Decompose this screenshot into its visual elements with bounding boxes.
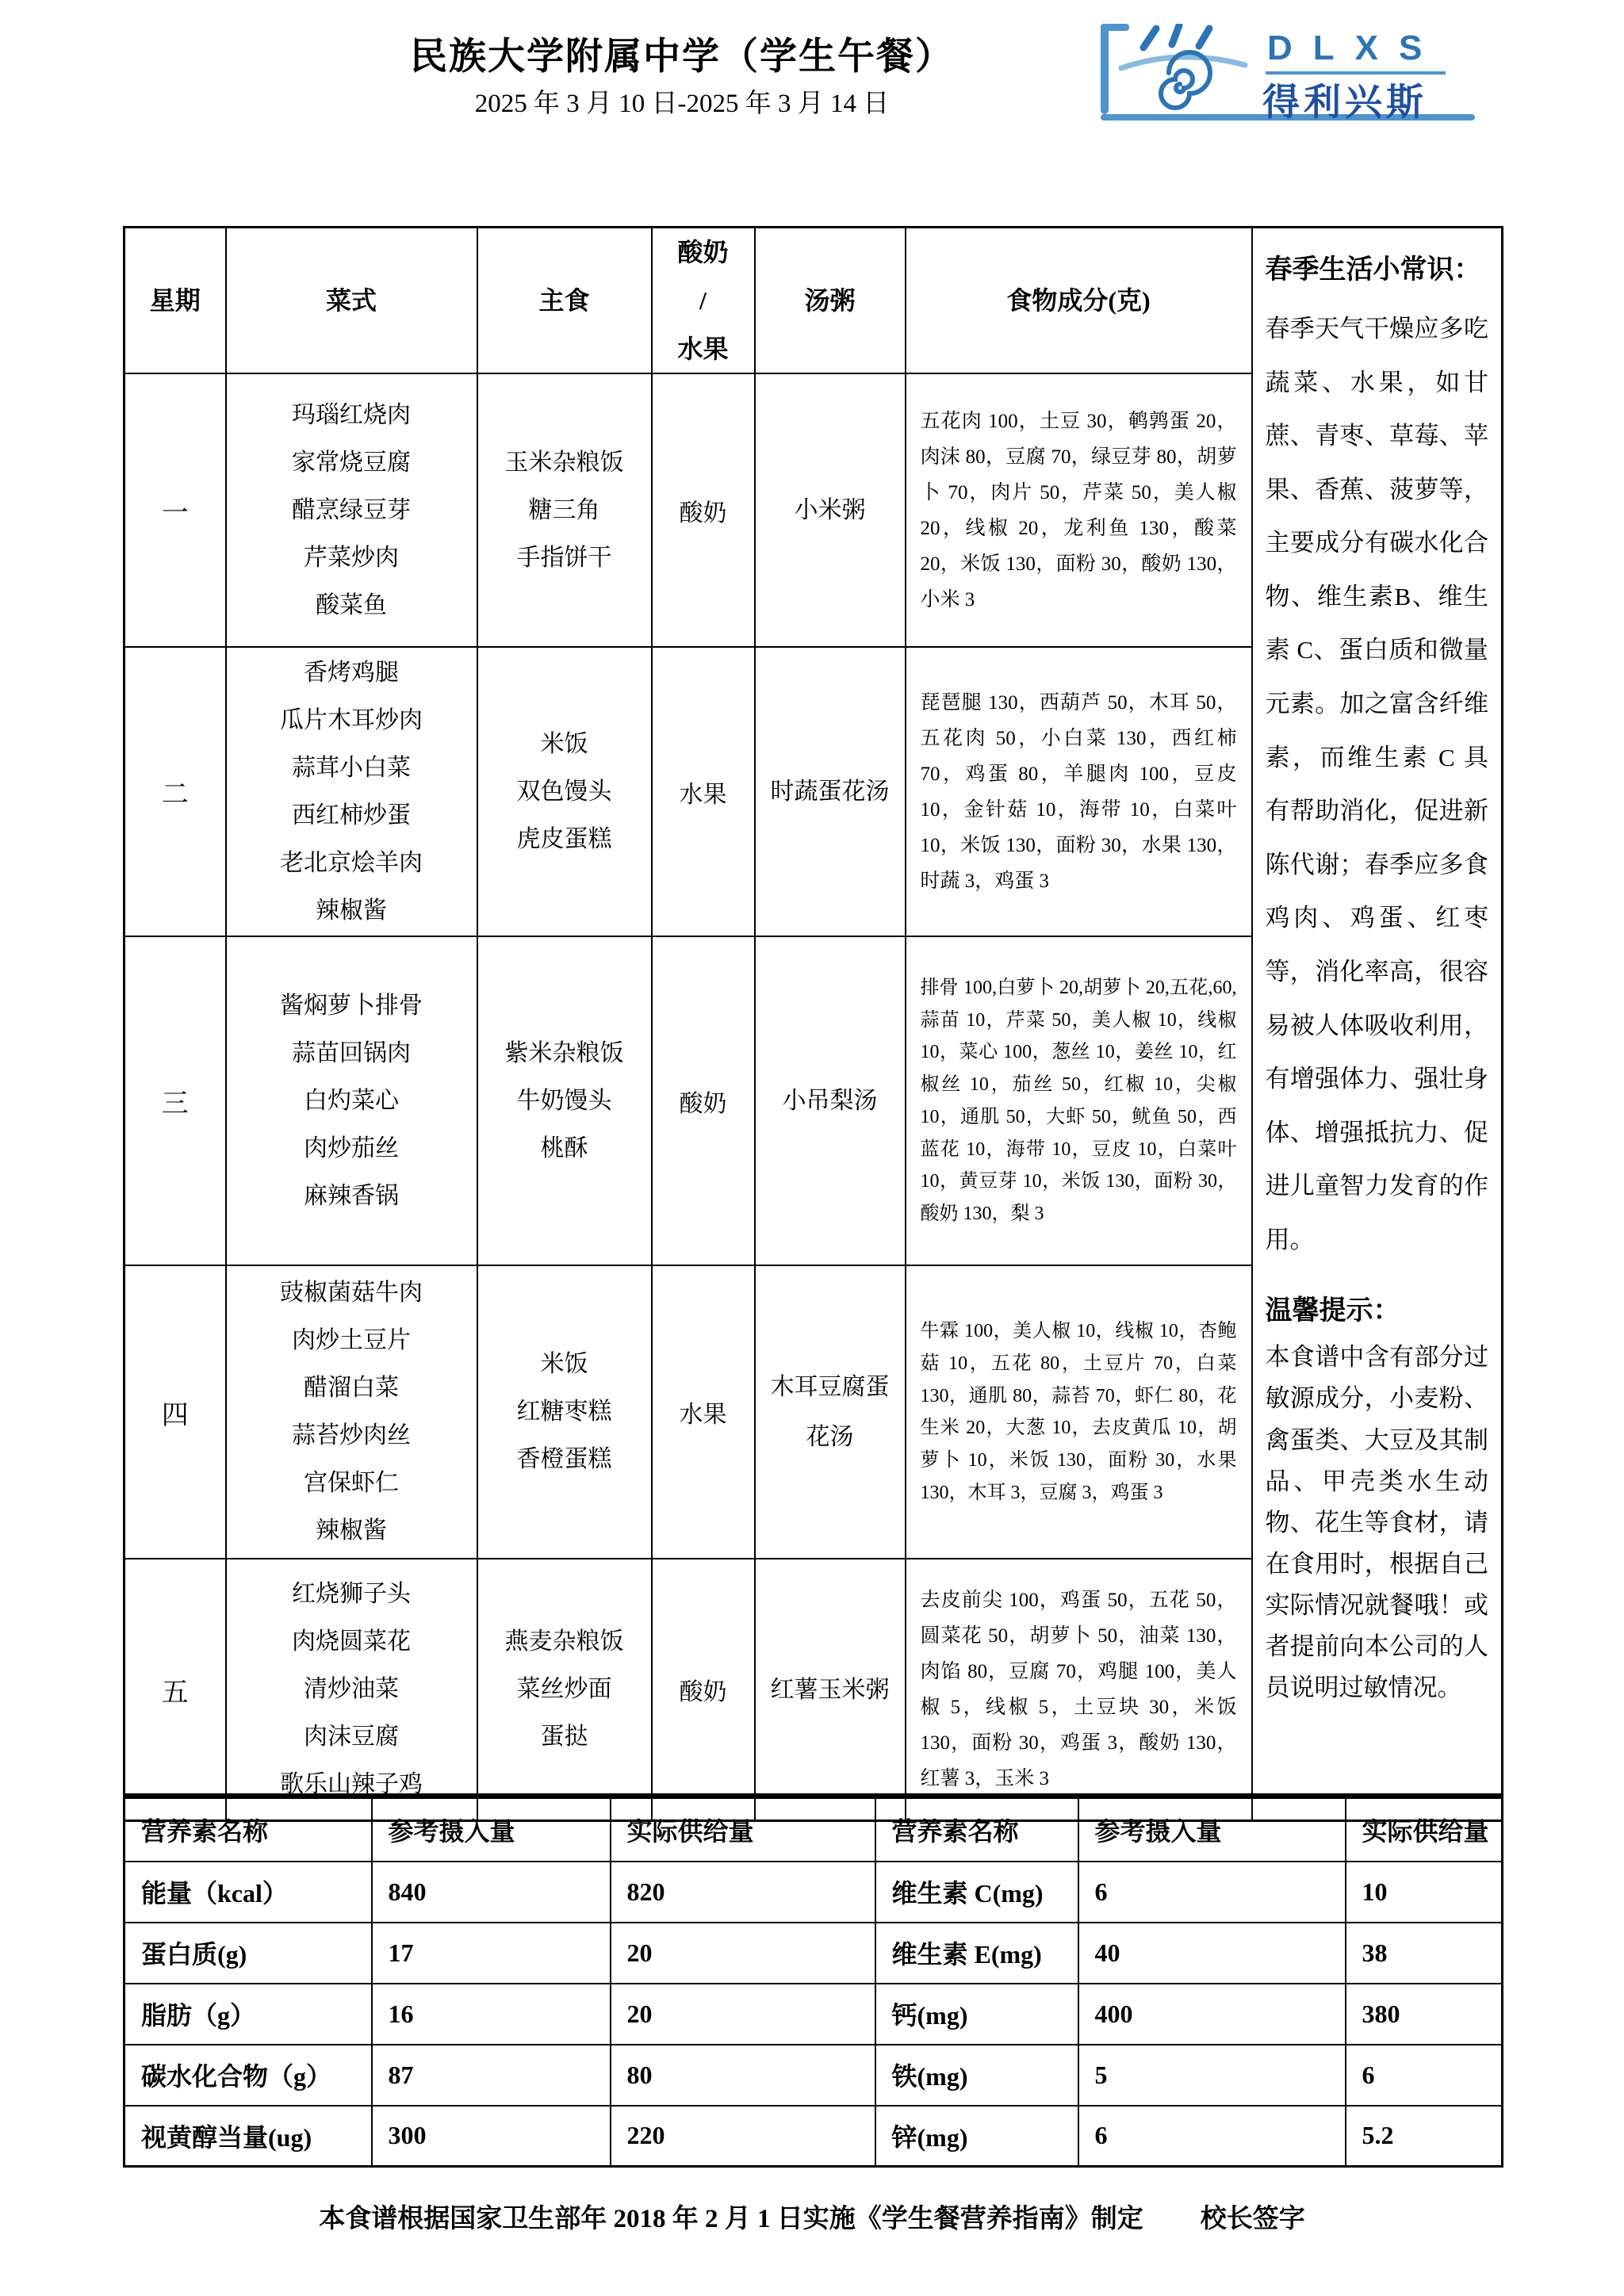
reference-intake: 6 — [1078, 1862, 1346, 1923]
tips-title: 春季生活小常识： — [1266, 247, 1489, 286]
nutrition-row: 能量（kcal） 840 820 维生素 C(mg) 6 10 — [124, 1862, 1503, 1923]
actual-supply: 5.2 — [1346, 2106, 1503, 2167]
logo-name: 得利兴斯 — [1262, 73, 1427, 126]
soup-cell: 木耳豆腐蛋花汤 — [755, 1265, 906, 1559]
dishes-cell: 豉椒菌菇牛肉 肉炒土豆片 醋溜白菜 蒜苔炒肉丝 宫保虾仁 辣椒酱 — [226, 1265, 477, 1559]
staple-cell: 燕麦杂粮饭 菜丝炒面 蛋挞 — [477, 1559, 652, 1820]
staple-cell: 玉米杂粮饭 糖三角 手指饼干 — [477, 373, 652, 647]
dishes-cell: 红烧狮子头 肉烧圆菜花 清炒油菜 肉沫豆腐 歌乐山辣子鸡 — [226, 1559, 477, 1820]
tips-body: 春季天气干燥应多吃蔬菜、水果，如甘蔗、青枣、草莓、苹果、香蕉、菠萝等，主要成分有… — [1266, 302, 1489, 1266]
col-header-day: 星期 — [124, 228, 226, 374]
soup-cell: 红薯玉米粥 — [755, 1559, 906, 1820]
actual-supply: 220 — [611, 2106, 875, 2167]
nutrition-header-row: 营养素名称 参考摄入量 实际供给量 营养素名称 参考摄入量 实际供给量 — [124, 1797, 1503, 1862]
menu-header-row: 星期 菜式 主食 酸奶 / 水果 汤粥 食物成分(克) 春季生活小常识： 春季天… — [124, 228, 1503, 374]
day-cell: 一 — [124, 373, 226, 647]
ingredients-cell: 去皮前尖 100，鸡蛋 50，五花 50，圆菜花 50，胡萝卜 50，油菜 13… — [906, 1559, 1252, 1820]
weekly-menu-table: 星期 菜式 主食 酸奶 / 水果 汤粥 食物成分(克) 春季生活小常识： 春季天… — [123, 226, 1503, 1822]
nutrition-table: 营养素名称 参考摄入量 实际供给量 营养素名称 参考摄入量 实际供给量 能量（k… — [123, 1793, 1503, 2168]
nutrient-name: 维生素 C(mg) — [875, 1862, 1078, 1923]
col-header-staple: 主食 — [477, 228, 652, 374]
reference-intake: 6 — [1078, 2106, 1346, 2167]
staple-cell: 米饭 双色馒头 虎皮蛋糕 — [477, 647, 652, 936]
eye-spiral-icon — [1116, 24, 1251, 121]
company-logo: DLXS 得利兴斯 — [1101, 22, 1487, 121]
actual-supply: 820 — [611, 1862, 875, 1923]
yogurt-fruit-cell: 酸奶 — [652, 373, 755, 647]
reference-intake: 300 — [372, 2106, 611, 2167]
reference-intake: 16 — [372, 1984, 611, 2045]
reference-intake: 400 — [1078, 1984, 1346, 2045]
nutrient-name: 铁(mg) — [875, 2045, 1078, 2106]
actual-supply: 80 — [611, 2045, 875, 2106]
col-header-dishes: 菜式 — [226, 228, 477, 374]
nutrient-name: 蛋白质(g) — [124, 1923, 372, 1984]
staple-cell: 紫米杂粮饭 牛奶馒头 桃酥 — [477, 936, 652, 1265]
nutrient-name: 脂肪（g） — [124, 1984, 372, 2045]
actual-supply-header: 实际供给量 — [611, 1797, 875, 1862]
soup-cell: 时蔬蛋花汤 — [755, 647, 906, 936]
yogurt-fruit-cell: 水果 — [652, 1265, 755, 1559]
page-title: 民族大学附属中学（学生午餐） — [123, 27, 1241, 80]
principal-signature-label: 校长签字 — [1201, 2205, 1305, 2233]
ingredients-cell: 五花肉 100，土豆 30，鹌鹑蛋 20，肉沫 80，豆腐 70，绿豆芽 80，… — [906, 373, 1252, 647]
day-cell: 四 — [124, 1265, 226, 1559]
actual-supply: 38 — [1346, 1923, 1503, 1984]
yogurt-fruit-cell: 酸奶 — [652, 1559, 755, 1820]
tips-notice-title: 温馨提示： — [1266, 1288, 1489, 1327]
date-range: 2025 年 3 月 10 日-2025 年 3 月 14 日 — [123, 82, 1241, 120]
dishes-cell: 酱焖萝卜排骨 蒜苗回锅肉 白灼菜心 肉炒茄丝 麻辣香锅 — [226, 936, 477, 1265]
tips-notice-body: 本食谱中含有部分过敏源成分，小麦粉、禽蛋类、大豆及其制品、甲壳类水生动物、花生等… — [1266, 1337, 1489, 1709]
actual-supply: 6 — [1346, 2045, 1503, 2106]
tips-panel: 春季生活小常识： 春季天气干燥应多吃蔬菜、水果，如甘蔗、青枣、草莓、苹果、香蕉、… — [1252, 228, 1503, 1821]
footer-text: 本食谱根据国家卫生部年 2018 年 2 月 1 日实施《学生餐营养指南》制定 — [319, 2205, 1143, 2233]
nutrient-name: 能量（kcal） — [124, 1862, 372, 1923]
ingredients-cell: 排骨 100,白萝卜 20,胡萝卜 20,五花,60,蒜苗 10，芹菜 50，美… — [906, 936, 1252, 1265]
col-header-soup: 汤粥 — [755, 228, 906, 374]
nutrient-name-header: 营养素名称 — [124, 1797, 372, 1862]
dishes-cell: 玛瑙红烧肉 家常烧豆腐 醋烹绿豆芽 芹菜炒肉 酸菜鱼 — [226, 373, 477, 647]
col-header-ingredients: 食物成分(克) — [906, 228, 1252, 374]
day-cell: 三 — [124, 936, 226, 1265]
col-header-yogurt-fruit: 酸奶 / 水果 — [652, 228, 755, 374]
day-cell: 五 — [124, 1559, 226, 1820]
reference-intake: 17 — [372, 1923, 611, 1984]
nutrient-name: 锌(mg) — [875, 2106, 1078, 2167]
actual-supply: 20 — [611, 1923, 875, 1984]
actual-supply: 20 — [611, 1984, 875, 2045]
ingredients-cell: 牛霖 100，美人椒 10，线椒 10，杏鲍菇 10，五花 80，土豆片 70，… — [906, 1265, 1252, 1559]
yogurt-fruit-cell: 酸奶 — [652, 936, 755, 1265]
soup-cell: 小吊梨汤 — [755, 936, 906, 1265]
nutrient-name: 钙(mg) — [875, 1984, 1078, 2045]
reference-intake-header: 参考摄入量 — [1078, 1797, 1346, 1862]
reference-intake-header: 参考摄入量 — [372, 1797, 611, 1862]
ingredients-cell: 琵琶腿 130，西葫芦 50，木耳 50，五花肉 50，小白菜 130，西红柿 … — [906, 647, 1252, 936]
nutrition-row: 脂肪（g） 16 20 钙(mg) 400 380 — [124, 1984, 1503, 2045]
nutrient-name-header: 营养素名称 — [875, 1797, 1078, 1862]
yogurt-fruit-cell: 水果 — [652, 647, 755, 936]
reference-intake: 5 — [1078, 2045, 1346, 2106]
nutrition-row: 蛋白质(g) 17 20 维生素 E(mg) 40 38 — [124, 1923, 1503, 1984]
staple-cell: 米饭 红糖枣糕 香橙蛋糕 — [477, 1265, 652, 1559]
actual-supply: 380 — [1346, 1984, 1503, 2045]
reference-intake: 87 — [372, 2045, 611, 2106]
logo-bracket-icon — [1101, 24, 1109, 114]
footer-note: 本食谱根据国家卫生部年 2018 年 2 月 1 日实施《学生餐营养指南》制定校… — [0, 2198, 1624, 2235]
reference-intake: 40 — [1078, 1923, 1346, 1984]
reference-intake: 840 — [372, 1862, 611, 1923]
nutrient-name: 碳水化合物（g） — [124, 2045, 372, 2106]
logo-acronym: DLXS — [1266, 29, 1446, 75]
actual-supply-header: 实际供给量 — [1346, 1797, 1503, 1862]
actual-supply: 10 — [1346, 1862, 1503, 1923]
nutrient-name: 视黄醇当量(ug) — [124, 2106, 372, 2167]
day-cell: 二 — [124, 647, 226, 936]
nutrition-row: 碳水化合物（g） 87 80 铁(mg) 5 6 — [124, 2045, 1503, 2106]
nutrition-row: 视黄醇当量(ug) 300 220 锌(mg) 6 5.2 — [124, 2106, 1503, 2167]
nutrient-name: 维生素 E(mg) — [875, 1923, 1078, 1984]
dishes-cell: 香烤鸡腿 瓜片木耳炒肉 蒜茸小白菜 西红柿炒蛋 老北京烩羊肉 辣椒酱 — [226, 647, 477, 936]
soup-cell: 小米粥 — [755, 373, 906, 647]
